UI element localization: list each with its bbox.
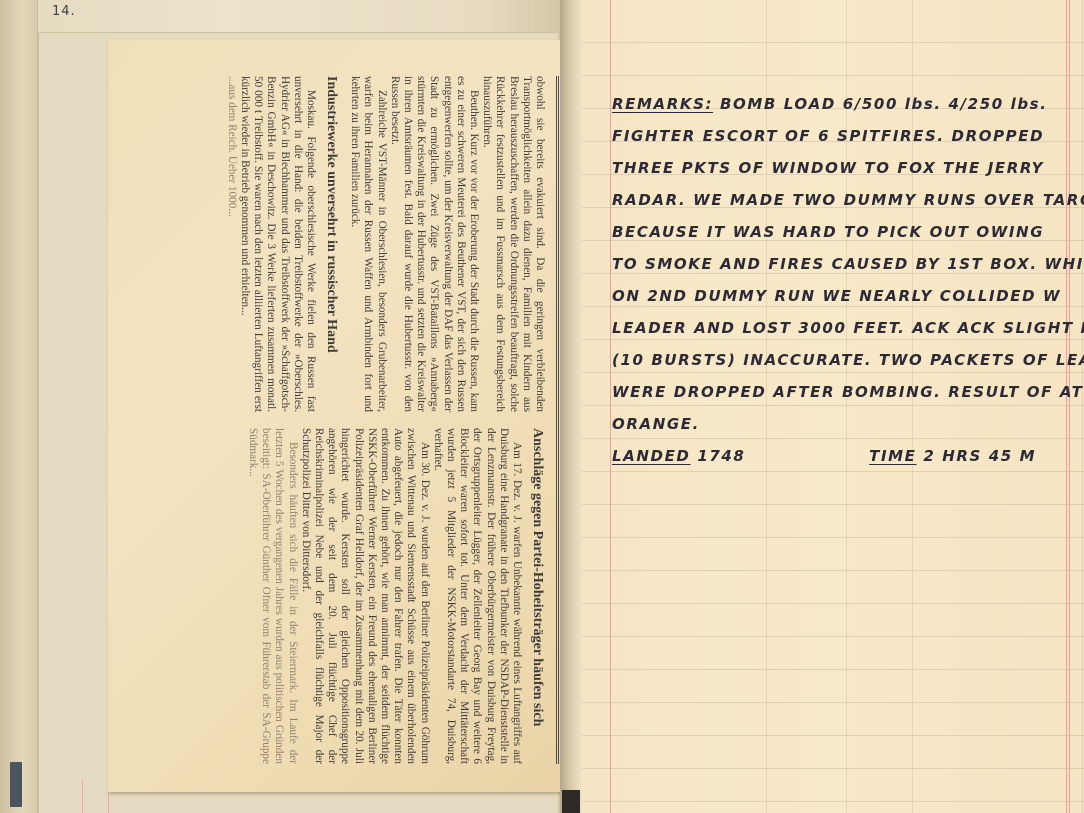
ruled-line <box>82 780 83 813</box>
article-headline: Industriewerke unversehrt in russischer … <box>323 76 340 412</box>
article-paragraph: Besonders häuften sich die Fälle in der … <box>246 428 299 764</box>
column-left: obwohl sie bereits evakuiert sind. Da di… <box>225 76 546 412</box>
article-paragraph: obwohl sie bereits evakuiert sind. Da di… <box>480 76 546 412</box>
article-columns: obwohl sie bereits evakuiert sind. Da di… <box>225 76 546 764</box>
page-number: 14. <box>52 4 76 19</box>
article-paragraph: Moskau. Folgende oberschlesische Werke f… <box>238 76 317 412</box>
page-edge <box>0 0 38 813</box>
landed-line: LANDED 1748 TIME 2 HRS 45 M <box>612 440 1084 472</box>
log-line: (10 BURSTS) INACCURATE. TWO PACKETS OF L… <box>612 344 1084 376</box>
log-line: RADAR. WE MADE TWO DUMMY RUNS OVER TARG <box>612 184 1084 216</box>
binding-tab <box>10 762 22 807</box>
log-line: REMARKS: BOMB LOAD 6/500 lbs. 4/250 lbs. <box>612 88 1084 120</box>
column-right: Anschläge gegen Partei-Hoheitsträger häu… <box>225 428 546 764</box>
newspaper-clipping: FrontpostBeilage Nr. 29 13. Februar 1945… <box>108 40 600 792</box>
remarks-label: REMARKS: <box>612 95 713 113</box>
landed-label: LANDED <box>612 447 690 465</box>
clipping-content: FrontpostBeilage Nr. 29 13. Februar 1945… <box>108 40 600 792</box>
log-line: ORANGE. <box>612 408 1084 440</box>
article-paragraph: Am 30. Dez. v. J. wurden auf den Berline… <box>299 428 431 764</box>
log-line: FIGHTER ESCORT OF 6 SPITFIRES. DROPPED <box>612 120 1084 152</box>
log-text: BOMB LOAD 6/500 lbs. 4/250 lbs. <box>720 95 1048 113</box>
gutter-shadow <box>562 790 580 813</box>
ledger-margin-line <box>610 0 611 813</box>
article-headline: Anschläge gegen Partei-Hoheitsträger häu… <box>529 428 546 764</box>
log-line: LEADER AND LOST 3000 FEET. ACK ACK SLIGH… <box>612 312 1084 344</box>
article-paragraph: Zahlreiche VST-Männer in Oberschlesien, … <box>348 76 388 412</box>
book-gutter <box>560 0 582 813</box>
logbook-entry: REMARKS: BOMB LOAD 6/500 lbs. 4/250 lbs.… <box>612 88 1084 472</box>
article-paragraph: Beuthen. Kurz vor vor der Eroberung der … <box>388 76 480 412</box>
time-label: TIME <box>869 447 916 465</box>
article-paragraph: Am 17. Dez. v. J. warfen Unbekannte währ… <box>431 428 523 764</box>
log-line: THREE PKTS OF WINDOW TO FOX THE JERRY <box>612 152 1084 184</box>
log-line: TO SMOKE AND FIRES CAUSED BY 1ST BOX. WH… <box>612 248 1084 280</box>
log-line: WERE DROPPED AFTER BOMBING. RESULT OF AT… <box>612 376 1084 408</box>
flight-duration: 2 HRS 45 M <box>923 447 1036 465</box>
log-line: ON 2ND DUMMY RUN WE NEARLY COLLIDED W <box>612 280 1084 312</box>
article-paragraph-faded: ...aus dem Reich. Ueber 1000... <box>225 76 238 412</box>
landed-time: 1748 <box>697 447 745 465</box>
log-line: BECAUSE IT WAS HARD TO PICK OUT OWING <box>612 216 1084 248</box>
